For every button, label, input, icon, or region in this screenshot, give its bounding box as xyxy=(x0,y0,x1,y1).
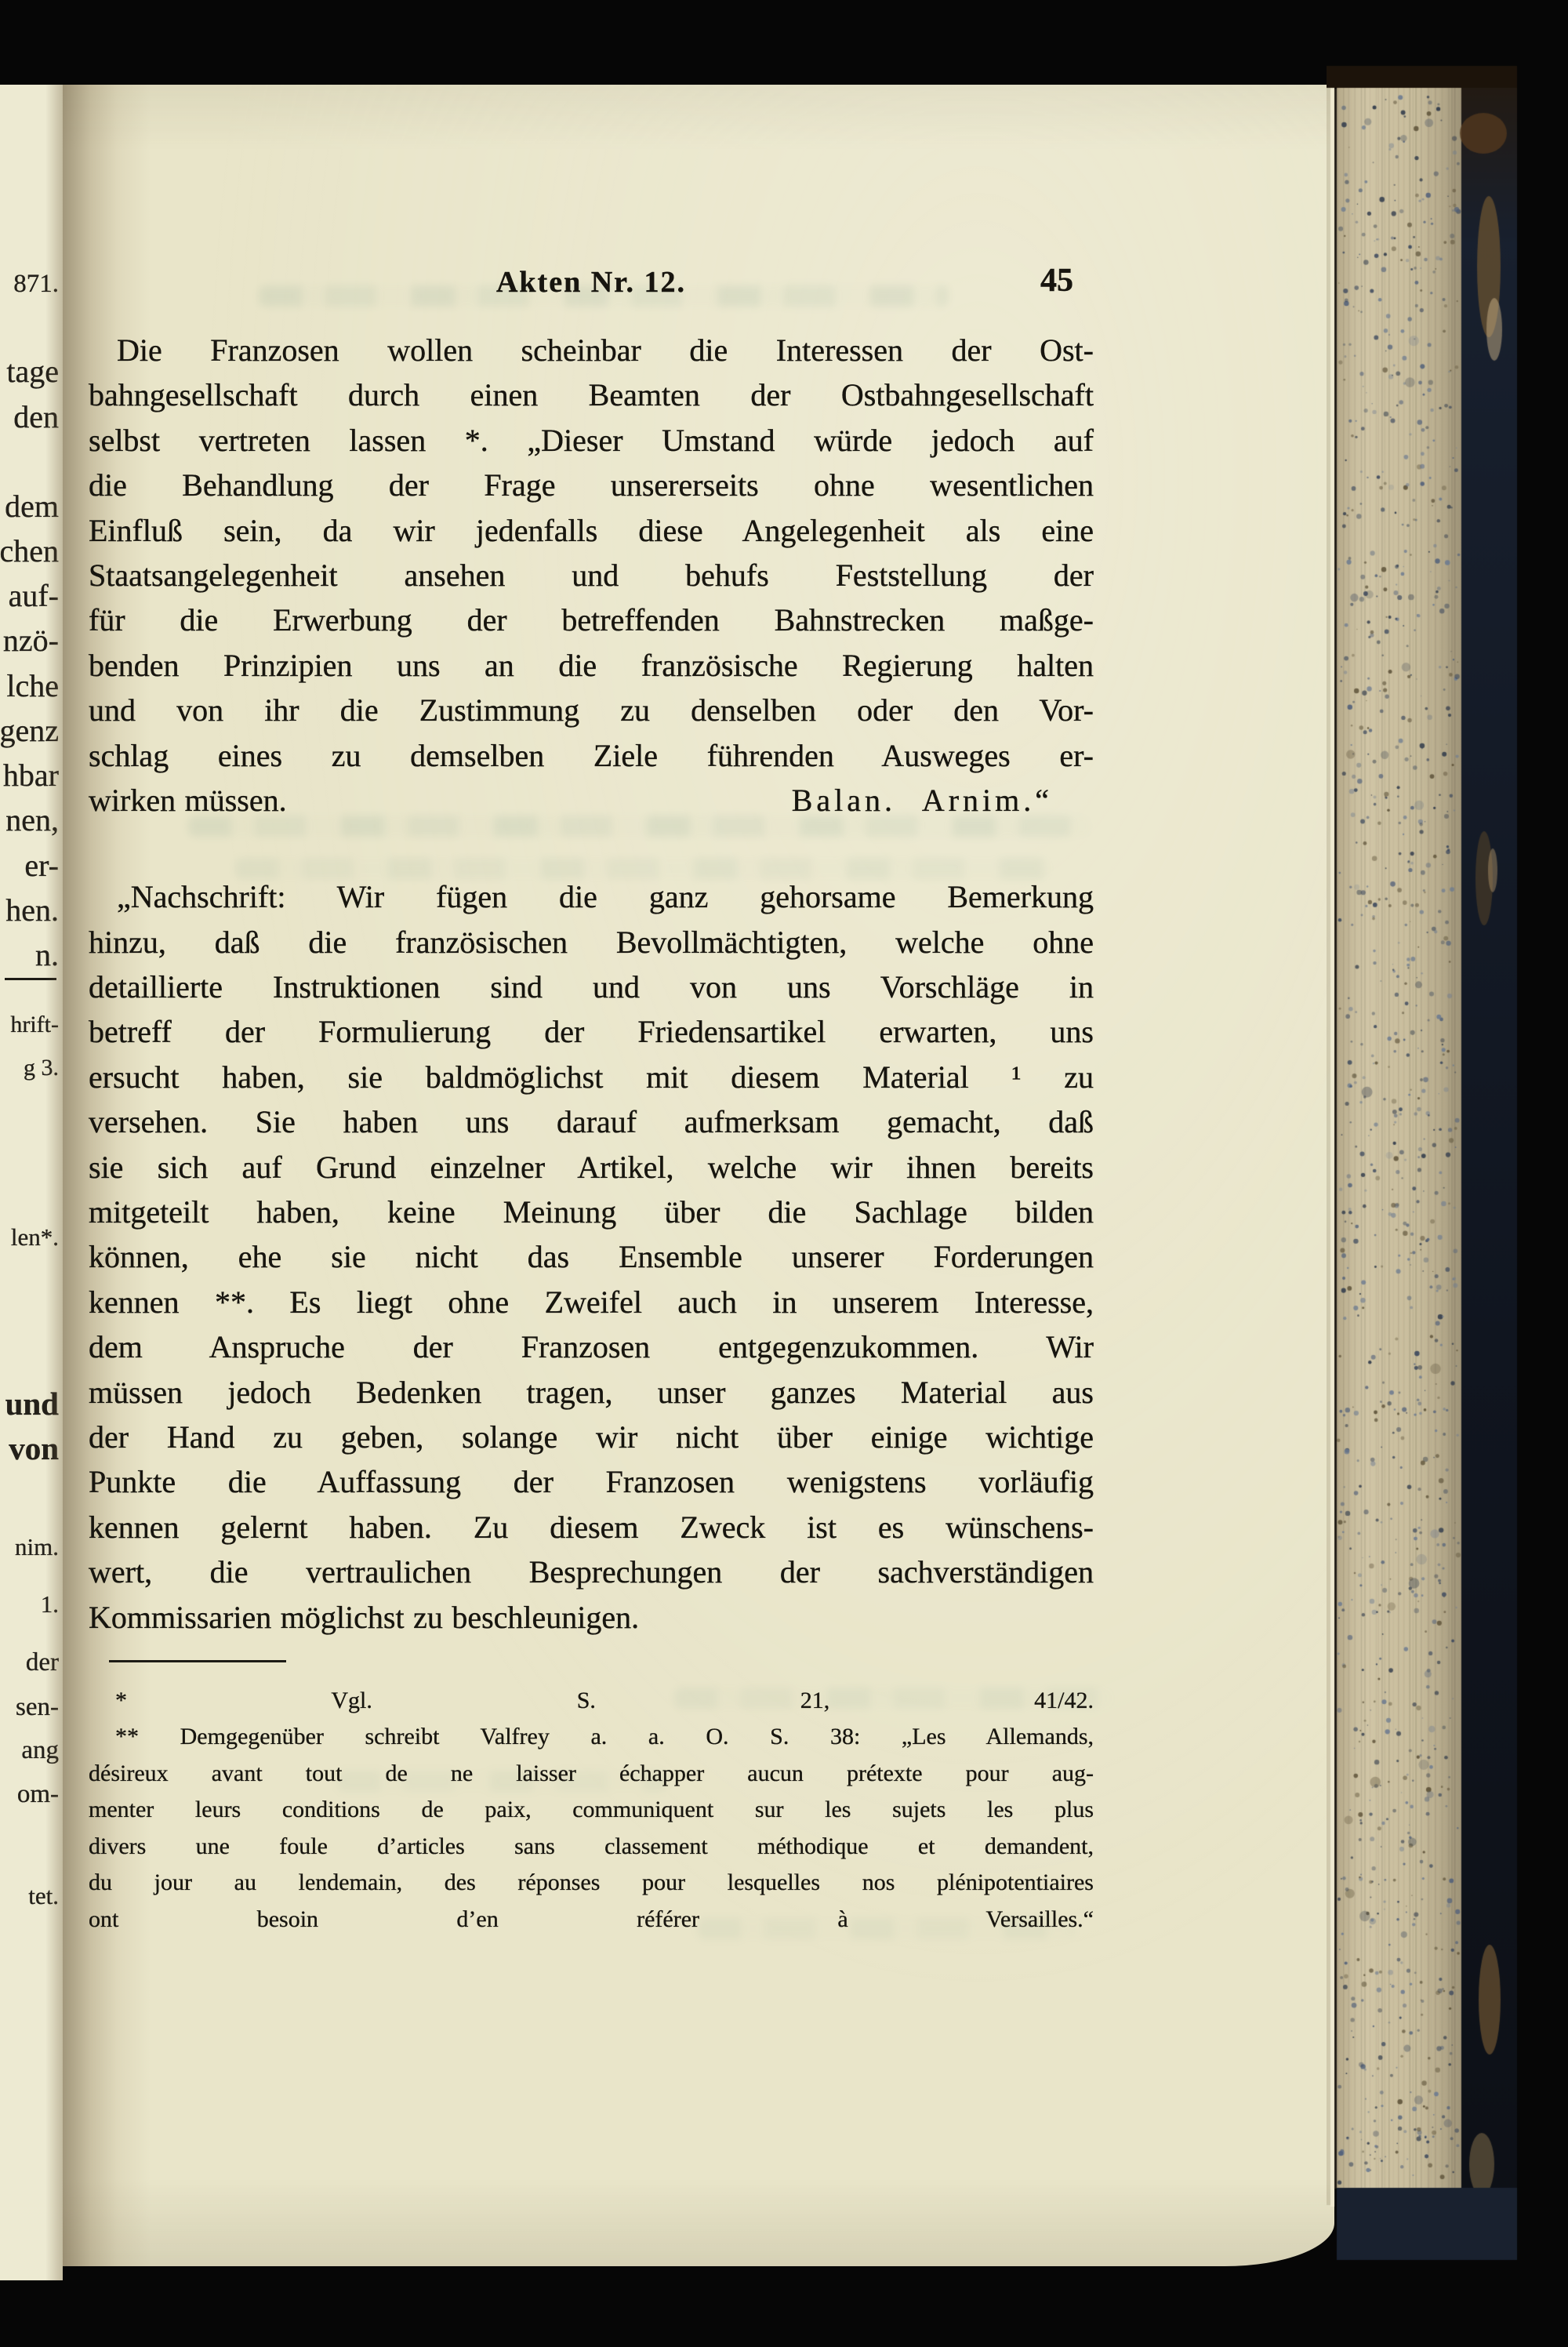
text-line: Die Franzosen wollen scheinbar die Inter… xyxy=(89,328,1094,372)
text-line: „Nachschrift: Wir fügen die ganz gehorsa… xyxy=(89,874,1094,919)
left-page-fragment: tage xyxy=(6,353,59,390)
text-line: dem Anspruche der Franzosen entgegenzuko… xyxy=(89,1324,1094,1369)
left-page-strip: 871.tagedendemchenauf-nzö-lchegenzhbarne… xyxy=(0,85,63,2280)
left-page-fragment: nim. xyxy=(15,1533,59,1561)
left-page-fragment: 871. xyxy=(13,270,59,299)
text-line: der Hand zu geben, solange wir nicht übe… xyxy=(89,1415,1094,1459)
text-line: kennen gelernt haben. Zu diesem Zweck is… xyxy=(89,1505,1094,1550)
text-line: Punkte die Auffassung der Franzosen weni… xyxy=(89,1459,1094,1504)
footnote-1: * Vgl. S. 21, 41/42. xyxy=(89,1683,1094,1720)
text-line: detaillierte Instruktionen sind und von … xyxy=(89,965,1094,1009)
page-number: 45 xyxy=(1040,262,1073,300)
left-page-fragment: lche xyxy=(6,667,59,704)
paragraph-2-last-line: Kommissarien möglichst zu beschleunigen. xyxy=(89,1595,1094,1640)
paragraph-2: „Nachschrift: Wir fügen die ganz gehorsa… xyxy=(89,874,1094,1594)
left-page-fragment: genz xyxy=(0,712,59,749)
text-line: Einfluß sein, da wir jedenfalls diese An… xyxy=(89,508,1094,553)
left-page-fragment: len*. xyxy=(11,1223,59,1252)
left-page-fragment: hen. xyxy=(5,892,59,928)
left-page-fragment: sen- xyxy=(16,1693,59,1722)
left-page-fragment: om- xyxy=(17,1780,59,1809)
left-page-fragment: hrift- xyxy=(10,1012,59,1038)
text-line: ersucht haben, sie baldmöglichst mit die… xyxy=(89,1055,1094,1099)
left-page-fragment: hbar xyxy=(3,757,59,794)
left-page-fragment: ang xyxy=(21,1736,59,1765)
left-page-fragment: dem xyxy=(5,488,59,525)
page-header: Akten Nr. 12. 45 xyxy=(89,265,1094,309)
footnote-2: ** Demgegenüber schreibt Valfrey a. a. O… xyxy=(89,1719,1094,1902)
left-page-fragment: nen, xyxy=(5,801,59,838)
footnote-rule xyxy=(109,1660,286,1662)
left-page-fragment: tet. xyxy=(28,1882,59,1910)
left-page-fragment: g 3. xyxy=(24,1055,59,1081)
left-page-fragment: auf- xyxy=(9,577,59,614)
text-line: benden Prinzipien uns an die französisch… xyxy=(89,643,1094,688)
signatures: Balan. Arnim.“ xyxy=(792,778,1053,823)
book-scan: 871.tagedendemchenauf-nzö-lchegenzhbarne… xyxy=(0,0,1568,2347)
text-line: können, ehe sie nicht das Ensemble unser… xyxy=(89,1234,1094,1279)
left-page-fragment: und xyxy=(5,1385,59,1422)
paragraph-end-text: wirken müssen. xyxy=(89,778,287,823)
running-head: Akten Nr. 12. xyxy=(89,265,1094,300)
text-line: hinzu, daß die französischen Bevollmächt… xyxy=(89,920,1094,965)
text-line: Staatsangelegenheit ansehen und behufs F… xyxy=(89,553,1094,598)
text-line: du jour au lendemain, des réponses pour … xyxy=(89,1865,1094,1902)
text-line: mitgeteilt haben, keine Meinung über die… xyxy=(89,1190,1094,1234)
left-page-fragment: von xyxy=(9,1430,59,1467)
text-line: für die Erwerbung der betreffenden Bahns… xyxy=(89,598,1094,642)
fore-edge xyxy=(1327,0,1568,2347)
left-page-fragment: 1. xyxy=(41,1590,59,1619)
text-line: betreff der Formulierung der Friedensart… xyxy=(89,1009,1094,1054)
text-line: désireux avant tout de ne laisser échapp… xyxy=(89,1756,1094,1793)
left-page-fragment: nzö- xyxy=(3,622,59,659)
footnote-2-last-line: ont besoin d’en référer à Versailles.“ xyxy=(89,1902,1094,1938)
footnotes: * Vgl. S. 21, 41/42. ** Demgegenüber sch… xyxy=(89,1683,1094,1938)
left-page-fragment: chen xyxy=(0,532,59,569)
text-column: Die Franzosen wollen scheinbar die Inter… xyxy=(89,328,1094,1938)
text-line: wert, die vertraulichen Besprechungen de… xyxy=(89,1550,1094,1594)
text-line: versehen. Sie haben uns darauf aufmerksa… xyxy=(89,1099,1094,1144)
text-line: selbst vertreten lassen *. „Dieser Umsta… xyxy=(89,418,1094,463)
left-page-fragment: den xyxy=(13,398,59,435)
left-page-footnote-rule xyxy=(5,978,56,980)
text-line: sie sich auf Grund einzelner Artikel, we… xyxy=(89,1145,1094,1190)
text-line: müssen jedoch Bedenken tragen, unser gan… xyxy=(89,1370,1094,1415)
left-page-fragment: er- xyxy=(24,847,59,884)
left-page-fragment: der xyxy=(26,1648,59,1677)
left-page-fragment: n. xyxy=(35,936,59,973)
text-line: bahngesellschaft durch einen Beamten der… xyxy=(89,372,1094,417)
text-line: schlag eines zu demselben Ziele führende… xyxy=(89,733,1094,778)
text-line: die Behandlung der Frage unsererseits oh… xyxy=(89,463,1094,507)
text-line: und von ihr die Zustimmung zu denselben … xyxy=(89,688,1094,732)
signature-line: wirken müssen. Balan. Arnim.“ xyxy=(89,778,1094,823)
text-line: ** Demgegenüber schreibt Valfrey a. a. O… xyxy=(89,1719,1094,1756)
paragraph-1: Die Franzosen wollen scheinbar die Inter… xyxy=(89,328,1094,778)
text-line: menter leurs conditions de paix, communi… xyxy=(89,1792,1094,1829)
text-line: kennen **. Es liegt ohne Zweifel auch in… xyxy=(89,1280,1094,1324)
text-line: divers une foule d’articles sans classem… xyxy=(89,1829,1094,1866)
